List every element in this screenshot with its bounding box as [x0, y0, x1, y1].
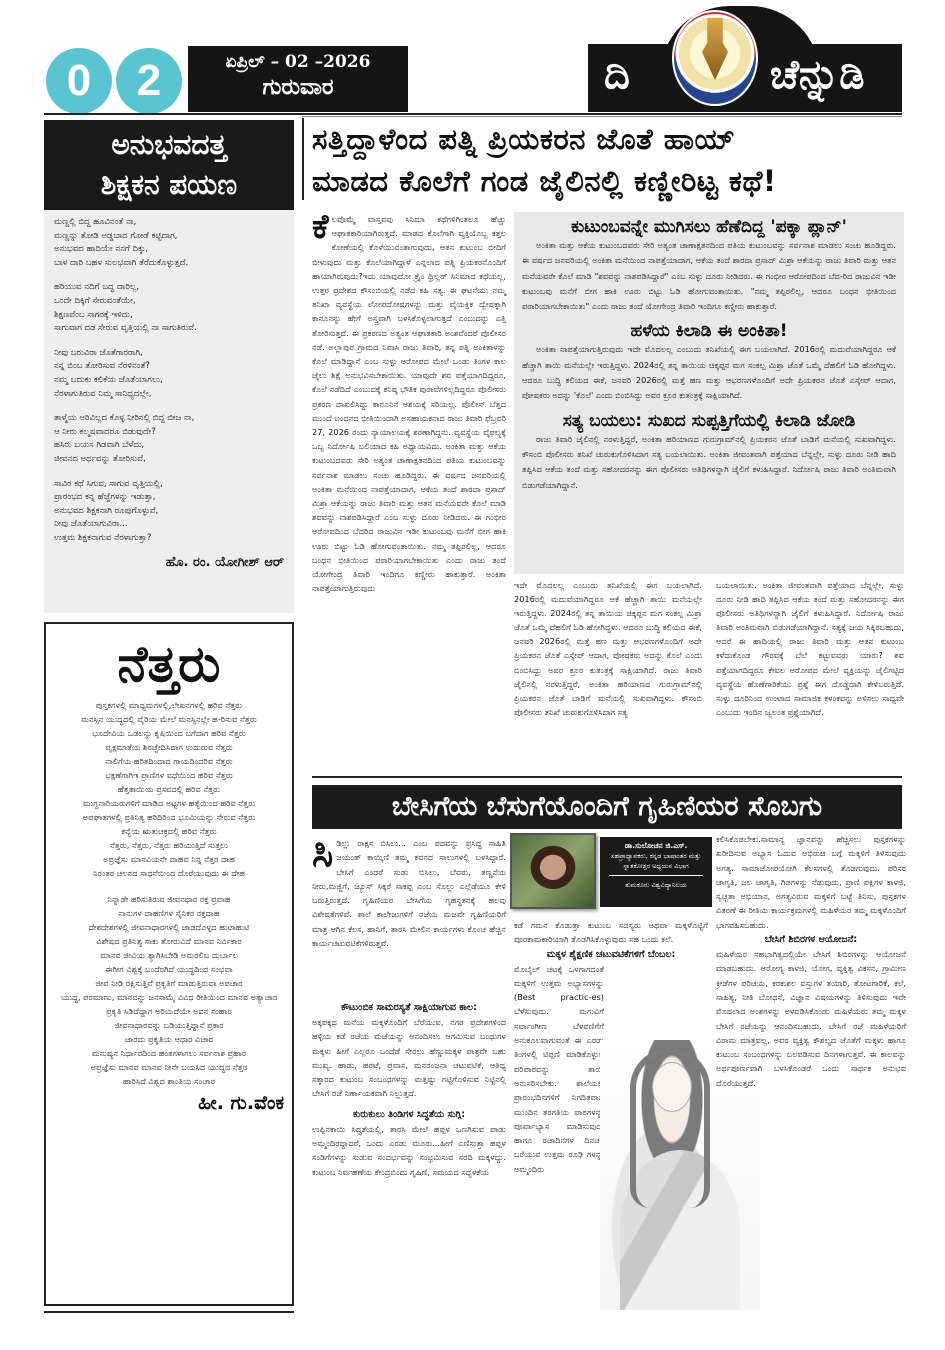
drop-cap: ಕೆ	[312, 212, 329, 242]
story-sidebar-box: ಕುಟುಂಬವನ್ನೇ ಮುಗಿಸಲು ಹೆಣೆದಿದ್ದ 'ಪಕ್ಕಾ ಪ್ಲ…	[514, 212, 904, 574]
nettaru-author: ಹೀ. ಗು.ವೆಂಕ	[54, 1096, 284, 1110]
poem-stanza: ತಾಳ್ಮೆಯ ಅರಿವಿಲ್ಲದ ಕೊಳ್ಳ ನೀರಿನಲ್ಲಿ ಬಿದ್ದ …	[54, 412, 284, 466]
date-digit-1: 0	[46, 48, 112, 114]
poem-stanza: ನೀವು ಬರುವಿರಾ ಜೊತೆಗಾರರಾಗಿ, ನನ್ನ ಬಿಂಬ ತೋರಿ…	[54, 347, 284, 401]
continued-story: ಇದೇ ಮೊದಲಲ್ಲ ಎಂಬುದು ತನಿಖೆಯಲ್ಲಿ ಈಗ ಬಯಲಾಗಿದ…	[514, 578, 904, 719]
feature-subhead: ಕೌಟುಂಬಿಕ ಸಾಮರಸ್ಯತೆ ಸಾಕ್ಷಿಯಾಗುವ ಕಾಲ:	[312, 1000, 506, 1015]
date-line: ಏಪ್ರಿಲ್ – 02 –2026	[188, 46, 408, 72]
poem-body: ಮಣ್ಣಲ್ಲಿ ಬಿದ್ದ ಹೂವಿನಂತೆ ನಾ, ಮಣ್ಣನ್ನು ತೋಡ…	[44, 210, 294, 613]
sidebar-text: ಅಂಕಿತಾ ಮತ್ತು ಆಕೆಯ ಕುಟುಂಬದವರು ಸೇರಿ ಅತ್ಯಂತ…	[522, 238, 896, 314]
sidebar-text: ಅಂಕಿತಾ ನಾಪತ್ತೆಯಾಗುತ್ತಿರುವುದು ಇದೇ ಮೊದಲಲ್ಲ…	[522, 342, 896, 403]
continued-col-2: ಬಯಲಾಯಿತು. ಅಂಕಿತಾ ಜೀವಂತವಾಗಿ ಪತ್ತೆಯಾದ ಬೆನ್…	[716, 578, 904, 719]
author-card: ಡಾ.ಸುಲೋಚನ ಜಿ.ಎಸ್. ಸಹಪ್ರಾಧ್ಯಾಪಕರು, ಕನ್ನಡ …	[600, 837, 712, 907]
author-institution: ತುಮಕೂರು ವಿಶ್ವವಿದ್ಯಾನಿಲಯ	[603, 880, 709, 890]
sidebar-heading: ಸತ್ಯ ಬಯಲು: ಸುಖದ ಸುಪ್ಪತ್ತಿಗೆಯಲ್ಲಿ ಕಿಲಾಡಿ …	[522, 410, 896, 432]
masthead-rule	[44, 113, 902, 115]
nettaru-title: ನೆತ್ತರು	[54, 630, 284, 698]
poem-stanza: ಸಾವಿರ ಕಥೆ ಸಿಗುವ, ಸಾಗುವ ವೃತ್ತಿಯಲ್ಲಿ, ಪ್ರಾ…	[54, 478, 284, 546]
paper-name-right: ಚೆನ್ನುಡಿ	[770, 52, 864, 98]
sidebar-heading: ಕುಟುಂಬವನ್ನೇ ಮುಗಿಸಲು ಹೆಣೆದಿದ್ದ 'ಪಕ್ಕಾ ಪ್ಲ…	[522, 216, 896, 238]
nettaru-poem-box: ನೆತ್ತರು ಪುಸ್ತಕಗಳಲ್ಲಿ ಮಾಧ್ಯಮಗಳಲ್ಲಿ,ಲೇಖನಗಳ…	[44, 622, 294, 1306]
drop-cap: ಸಿ	[312, 836, 333, 870]
divider	[302, 116, 902, 117]
feature-col-3: ಕಲಿಸಿಕೊಡಬೇಕು.ಸಾಮಾನ್ಯ ಜ್ಞಾನವನ್ನು ಹೆಚ್ಚಿಸಲ…	[716, 832, 906, 1090]
author-designation: ಸಹಪ್ರಾಧ್ಯಾಪಕರು, ಕನ್ನಡ ಭಾಷಾಂತರ ಮತ್ತು ಸ್ನಾ…	[603, 851, 709, 871]
weekday: ಗುರುವಾರ	[188, 74, 408, 100]
author-photo	[510, 833, 596, 909]
date-box: ಏಪ್ರಿಲ್ – 02 –2026 ಗುರುವಾರ	[188, 46, 408, 112]
feature-subhead: ಬೇಸಿಗೆ ಶಿಬಿರಗಳ ಆಯೋಜನೆ:	[716, 932, 906, 947]
paper-name-left: ದಿ	[604, 52, 630, 98]
poem-stanza: ಮಣ್ಣಲ್ಲಿ ಬಿದ್ದ ಹೂವಿನಂತೆ ನಾ, ಮಣ್ಣನ್ನು ತೋಡ…	[54, 216, 284, 270]
poem-title: ಅನುಭವದತ್ತ ಶಿಕ್ಷಕನ ಪಯಣ	[44, 120, 294, 210]
feature-subhead: ಕುರುಕುಲು ತಿಂಡಿಗಳ ಸಿದ್ಧತೆಯ ಸುಗ್ಗಿ:	[312, 1107, 506, 1122]
sidebar-text: ರಾಜು ತಿವಾರಿ ಜೈಲಿನಲ್ಲಿ ನರಳುತ್ತಿದ್ದರೆ, ಅಂಕ…	[522, 432, 896, 493]
feature-subhead: ಮಕ್ಕಳ ಶೈಕ್ಷಣಿಕ ಚಟುವಟಿಕೆಗಳಿಗೆ ಬೆಂಬಲ:	[514, 947, 708, 962]
sidebar-heading: ಹಳೆಯ ಕಿಲಾಡಿ ಈ ಅಂಕಿತಾ!	[522, 320, 896, 342]
poem-stanza: ಹರಿಯುವ ನದಿಗೆ ಬದ್ಧ ದಾರಿಲ್ಲ, ಒಂದೇ ದಿಕ್ಕಿಗೆ…	[54, 281, 284, 335]
poem-author: ಹೊ. ರಂ. ಯೋಗೀಶ್ ಆರ್	[54, 556, 284, 570]
feature-headline: ಬೇಸಿಗೆಯ ಬೆಸುಗೆಯೊಂದಿಗೆ ಗೃಹಿಣಿಯರ ಸೊಬಗು	[312, 785, 902, 829]
divider	[44, 1311, 294, 1313]
main-story-body: ಕೆ ಲವೊಮ್ಮೆ ವಾಸ್ತವವು ಸಿನಿಮಾ ಕಥೆಗಳಿಗಿಂತಲೂ …	[312, 212, 506, 595]
date-digit-2: 2	[116, 48, 182, 114]
continued-col-1: ಇದೇ ಮೊದಲಲ್ಲ ಎಂಬುದು ತನಿಖೆಯಲ್ಲಿ ಈಗ ಬಯಲಾಗಿದ…	[514, 578, 702, 719]
divider	[312, 776, 902, 778]
author-name: ಡಾ.ಸುಲೋಚನ ಜಿ.ಎಸ್.	[603, 841, 709, 851]
feature-col-1-lower: ಕೌಟುಂಬಿಕ ಸಾಮರಸ್ಯತೆ ಸಾಕ್ಷಿಯಾಗುವ ಕಾಲ: ಅಕ್ಕ…	[312, 1000, 506, 1179]
feature-intro: ಸಿ ಡಿಲ್ಲು ರಾಕ್ಷಸ ಬಿಸಿಲು... ಎಂಬ ಪದವನ್ನು ಪ…	[312, 836, 506, 950]
main-headline: ಸತ್ತಿದ್ದಾಳೆಂದ ಪತ್ನಿ ಪ್ರಿಯಕರನ ಜೊತೆ ಹಾಯ್ ಮ…	[312, 118, 908, 202]
headline-rule	[302, 118, 304, 200]
